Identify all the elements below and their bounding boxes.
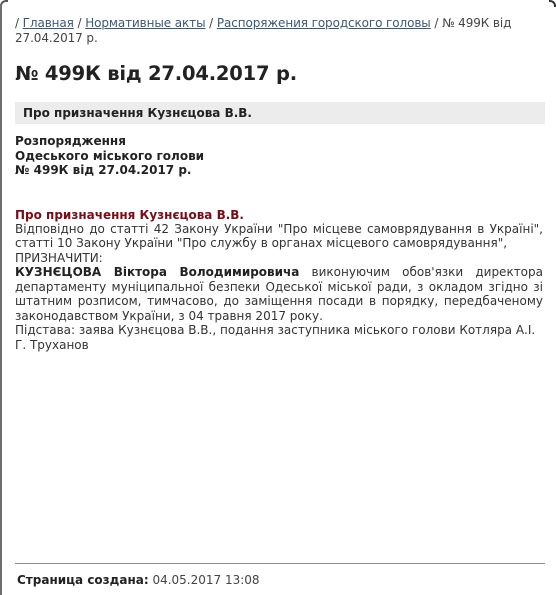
footer-divider <box>15 563 545 564</box>
summary-bar: Про призначення Кузнєцова В.В. <box>15 102 545 124</box>
breadcrumb-separator: / <box>209 16 213 30</box>
document-subject: Про призначення Кузнєцова В.В. <box>15 208 543 222</box>
document-type: Розпорядження <box>15 134 543 149</box>
breadcrumb-home[interactable]: Главная <box>23 16 74 30</box>
document-number: № 499К від 27.04.2017 р. <box>15 163 543 178</box>
frame-corner <box>549 0 556 7</box>
frame-border <box>0 4 2 595</box>
breadcrumb-separator: / <box>434 16 438 30</box>
breadcrumb-mayor-orders[interactable]: Распоряжения городского головы <box>217 16 431 30</box>
document-issuer: Одеського міського голови <box>15 149 543 164</box>
document-reason: Підстава: заява Кузнєцова В.В., подання … <box>15 323 543 338</box>
appoint-label: ПРИЗНАЧИТИ: <box>15 251 543 266</box>
breadcrumb: / Главная / Нормативные акты / Распоряже… <box>15 16 543 46</box>
main-content: / Главная / Нормативные акты / Распоряже… <box>15 16 543 352</box>
page-created-footer: Страница создана: 04.05.2017 13:08 <box>17 573 260 587</box>
breadcrumb-separator: / <box>15 16 19 30</box>
page-created-value: 04.05.2017 13:08 <box>149 573 260 587</box>
page-title: № 499К від 27.04.2017 р. <box>15 62 543 86</box>
breadcrumb-normative-acts[interactable]: Нормативные акты <box>85 16 205 30</box>
page-created-label: Страница создана: <box>17 573 149 587</box>
document-signer: Г. Труханов <box>15 338 543 353</box>
breadcrumb-separator: / <box>78 16 82 30</box>
appoint-text: КУЗНЄЦОВА Віктора Володимировича виконую… <box>15 265 543 323</box>
appointee-name: КУЗНЄЦОВА Віктора Володимировича <box>15 265 299 279</box>
document-basis: Відповідно до статті 42 Закону України "… <box>15 222 543 251</box>
document-header: Розпорядження Одеського міського голови … <box>15 134 543 178</box>
